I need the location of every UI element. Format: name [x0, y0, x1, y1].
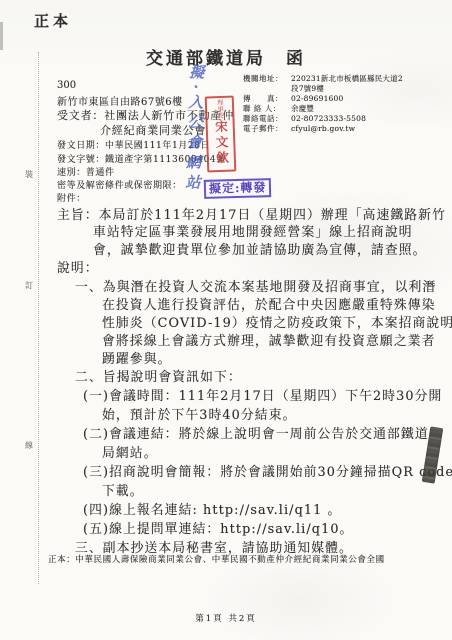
original-copies-list: 正本：中華民國人壽保險商業同業公會、中華民國不動產仲介經紀商業同業公會全國 [48, 553, 385, 565]
agency-fax-value: 02-89691600 [291, 94, 343, 104]
agency-phone-label: 聯絡電話： [243, 114, 291, 124]
recipient-zip: 300 [57, 80, 76, 91]
binding-mark-zhuang: 裝 [25, 169, 33, 180]
priority-line: 速別：普通件 [57, 165, 115, 178]
agency-fax-label: 傳 真： [243, 94, 291, 104]
item2-sub2-line-1: (二)會議連結：將於線上說明會一周前公告於交通部鐵道 [83, 423, 429, 442]
agency-email-label: 電子郵件： [243, 124, 291, 134]
chairman-name-stamp: 理事長 宋文欽 [205, 96, 237, 173]
attachment-line: 附件： [57, 191, 86, 204]
agency-address-value: 220231新北市板橋區縣民大道2 [291, 74, 403, 84]
decision-forward-stamp: 擬定:轉發 [204, 178, 272, 199]
explanation-heading: 說明： [57, 257, 99, 276]
recipient-address: 新竹市東區自由路67號6樓 [57, 93, 183, 108]
agency-email-row: 電子郵件： cfyul@rb.gov.tw [243, 124, 403, 134]
agency-address-label2 [243, 84, 291, 94]
item2-sub5-question-link-line: (五)線上提問單連結：http://sav.li/q10。 [83, 518, 353, 537]
item2-sub1-line-2: 始，預計於下午3時40分結束。 [102, 404, 297, 423]
agency-contact-block: 機關地址： 220231新北市板橋區縣民大道2 段7號9樓 傳 真： 02-89… [243, 74, 403, 134]
item1-line-2: 在投資人進行投資評估，於配合中央因應嚴重特殊傳染 [102, 294, 436, 313]
agency-address-row2: 段7號9樓 [243, 84, 403, 94]
item2-sub3-line-2: 下載。 [102, 480, 144, 499]
item1-line-3: 性肺炎（COVID-19）疫情之防疫政策下，本案招商說明 [102, 312, 452, 331]
item2-sub1-line-1: (一)會議時間：111年2月17日（星期四）下午2時30分開 [83, 385, 442, 404]
agency-phone-row: 聯絡電話： 02-80723333-5508 [243, 114, 403, 124]
agency-address-value2: 段7號9樓 [291, 84, 324, 94]
chairman-stamp-title: 理事長 [216, 99, 223, 119]
agency-email-value: cfyul@rb.gov.tw [291, 124, 355, 134]
agency-contact-row: 聯 絡 人： 余慶豐 [243, 104, 403, 114]
binding-mark-xian: 線 [25, 440, 33, 451]
item2-sub3-line-1: (三)招商說明會簡報：將於會議開始前30分鐘掃描QR code [83, 461, 452, 480]
item2-heading: 二、旨揭說明會資訊如下： [75, 366, 242, 385]
item1-line-1: 一、為與潛在投資人交流本案基地開發及招商事宜，以利潛 [75, 276, 436, 295]
item2-sub4-registration-link-line: (四)線上報名連結: http://sav.li/q11 。 [83, 499, 341, 518]
agency-phone-value: 02-80723333-5508 [291, 114, 366, 124]
binding-mark-ding: 訂 [25, 280, 33, 291]
item2-sub2-line-2: 局網站。 [102, 442, 158, 461]
agency-contact-label: 聯 絡 人： [243, 104, 291, 114]
page-number: 第1頁 共2頁 [0, 612, 452, 624]
chairman-stamp-name: 宋文欽 [214, 119, 228, 166]
agency-fax-row: 傳 真： 02-89691600 [243, 94, 403, 104]
subject-line-3: 會，誠摯歡迎貴單位參加並請協助廣為宣傳，請查照。 [93, 239, 427, 258]
item1-line-4: 會將採線上會議方式辦理，誠摯歡迎有投資意願之業者 [102, 330, 436, 349]
security-line: 密等及解密條件或保密期限： [57, 178, 182, 191]
agency-address-label: 機關地址： [243, 74, 291, 84]
letter-title: 交通部鐵道局 函 [0, 44, 452, 69]
item1-line-5: 踴躍參與。 [102, 348, 171, 367]
agency-contact-value: 余慶豐 [291, 104, 314, 114]
agency-address-row: 機關地址： 220231新北市板橋區縣民大道2 [243, 74, 403, 84]
subject-line-2: 車站特定區事業發展用地開發經營案」線上招商說明 [93, 221, 413, 240]
binding-dotted-line [38, 52, 39, 584]
copy-type-label: 正本 [34, 10, 72, 31]
